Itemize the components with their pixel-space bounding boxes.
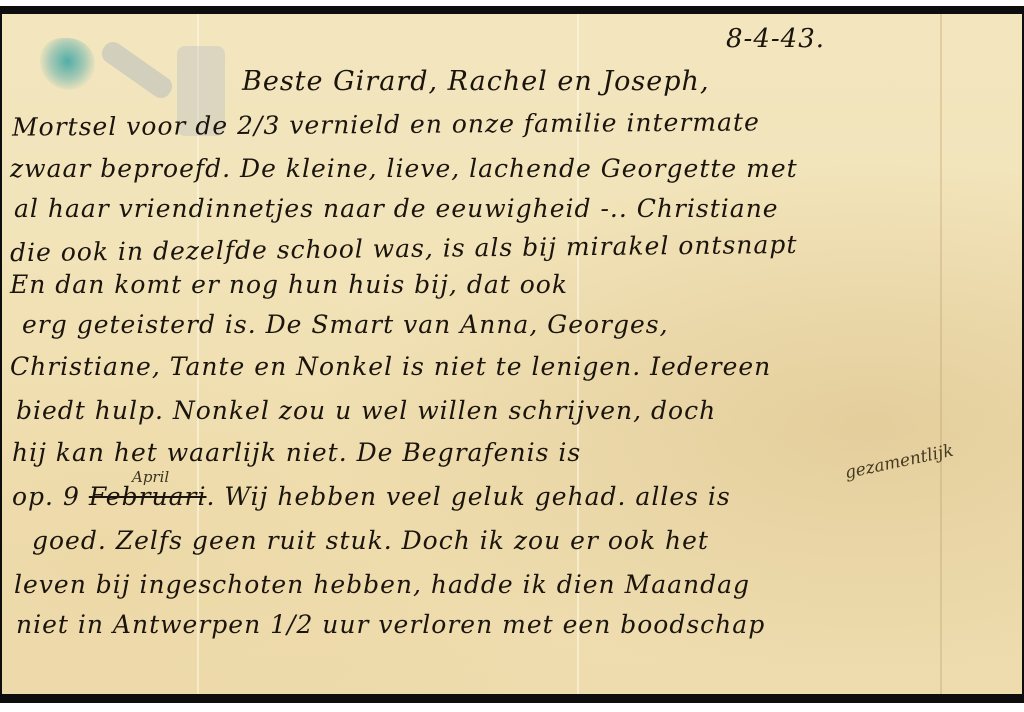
letter-line: goed. Zelfs geen ruit stuk. Doch ik zou … [32,526,709,555]
ink-stain-blue [40,38,95,90]
line-rest: . Wij hebben veel geluk gehad. alles is [207,482,731,511]
letter-line-corrected: op. 9 Februari. Wij hebben veel geluk ge… [12,482,731,511]
letter-card: 8-4-43. Beste Girard, Rachel en Joseph, … [2,14,1022,694]
letter-line: leven bij ingeschoten hebben, hadde ik d… [14,570,750,599]
struck-word: Februari [89,482,207,511]
letter-line: hij kan het waarlijk niet. De Begrafenis… [12,438,581,467]
letter-date: 8-4-43. [726,24,825,54]
correction-word: April [132,468,169,486]
letter-line: die ook in dezelfde school was, is als b… [10,230,798,267]
letter-line: biedt hulp. Nonkel zou u wel willen schr… [16,396,716,425]
letter-line: al haar vriendinnetjes naar de eeuwighei… [14,194,779,223]
letter-line: En dan komt er nog hun huis bij, dat ook [10,270,568,299]
letter-line: erg geteisterd is. De Smart van Anna, Ge… [22,310,669,339]
line-prefix: op. 9 [12,482,89,511]
letter-line: niet in Antwerpen 1/2 uur verloren met e… [16,610,765,639]
inserted-word: gezamentlijk [843,441,955,484]
ink-smear [98,38,176,102]
letter-line: Christiane, Tante en Nonkel is niet te l… [10,352,771,381]
letter-line: Mortsel voor de 2/3 vernield en onze fam… [12,107,760,141]
letter-greeting: Beste Girard, Rachel en Joseph, [242,66,710,97]
letter-line: zwaar beproefd. De kleine, lieve, lachen… [10,154,798,183]
fold-crease [940,14,942,694]
